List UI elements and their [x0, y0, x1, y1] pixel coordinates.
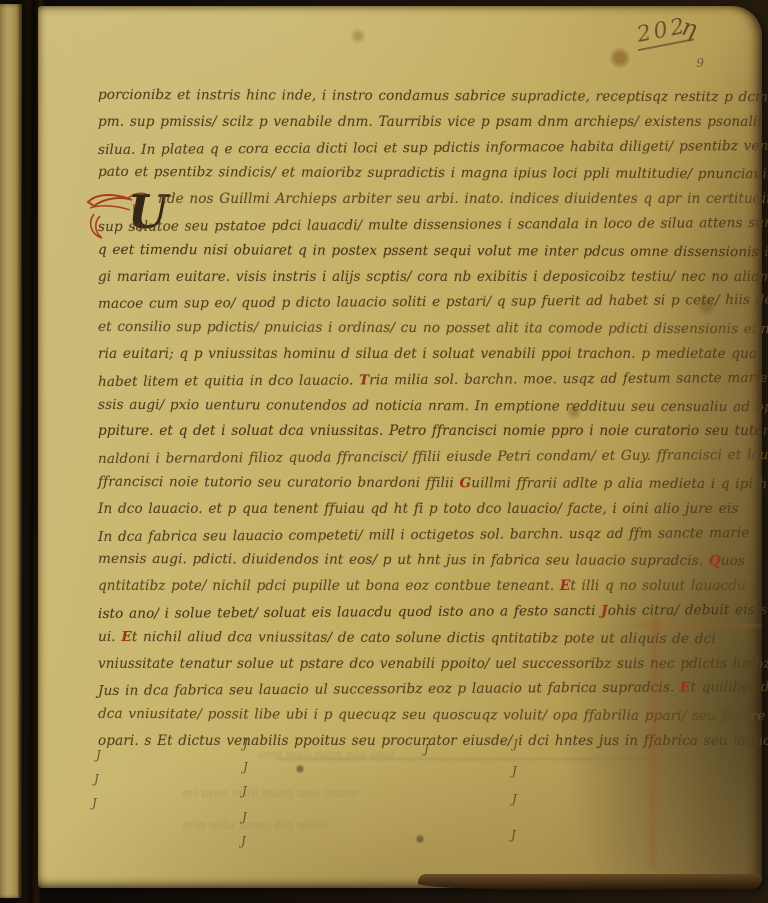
text-segment: ria euitari; q p vniussitas hominu d sil… [98, 346, 757, 362]
text-segment: habet litem et quitia in dco lauacio. [98, 372, 359, 390]
pen-tick-mark: J [512, 792, 517, 806]
folio-small-digit: 9 [696, 56, 704, 70]
text-segment: uillmi ffrarii adlte p alia medieta i q … [471, 475, 768, 492]
bleed-through-ghost-text: inum nin imnu ulim nim [182, 818, 328, 832]
text-line: mensis augi. pdicti. diuidendos int eos/… [98, 547, 753, 575]
parchment-page: η 202 9 U porcionibz et instris hinc ind… [38, 6, 762, 888]
text-line: q eet timendu nisi obuiaret q in postex … [98, 238, 753, 266]
pen-tick-mark: J [511, 828, 516, 842]
text-segment: t nichil aliud dca vniussitas/ de cato s… [132, 629, 716, 647]
text-line: porcionibz et instris hinc inde, i instr… [98, 83, 753, 111]
text-segment: ria milia sol. barchn. moe. usqz ad fest… [369, 370, 768, 389]
text-line: ffrancisci noie tutorio seu curatorio bn… [98, 470, 753, 498]
text-line: gi mariam euitare. visis instris i alijs… [98, 265, 753, 291]
text-segment: In dco lauacio. et p qua tenent ffuiau q… [98, 501, 738, 517]
text-line: et consilio sup pdictis/ pnuicias i ordi… [98, 315, 753, 343]
text-segment: dca vniusitate/ possit libe ubi i p quec… [98, 706, 766, 724]
rubricated-letter: E [680, 680, 691, 696]
rubricated-letter: T [359, 372, 369, 388]
text-line: silua. In platea q e cora eccia dicti lo… [98, 134, 753, 164]
text-segment: pato et psentibz sindicis/ et maioribz s… [98, 164, 768, 183]
text-line: pato et psentibz sindicis/ et maioribz s… [98, 160, 753, 188]
pen-tick-mark: J [96, 748, 101, 762]
pen-tick-mark: J [243, 760, 248, 774]
text-line: ria euitari; q p vniussitas hominu d sil… [98, 342, 753, 368]
text-segment: porcionibz et instris hinc inde, i instr… [98, 87, 768, 106]
text-segment: In dca fabrica seu lauacio competeti/ mi… [98, 525, 750, 545]
text-segment: ohis citra/ debuit eis sol [608, 602, 768, 619]
text-segment: ffrancisci noie tutorio seu curatorio bn… [98, 474, 460, 491]
text-line: In dco lauacio. et p qua tenent ffuiau q… [98, 497, 753, 523]
text-line: naldoni i bernardoni filioz quoda ffranc… [98, 443, 753, 473]
folio-number: 202 [633, 13, 694, 51]
text-segment: ui. [98, 629, 121, 645]
rubricated-letter: Q [709, 553, 721, 569]
rubricated-letter: G [459, 475, 471, 491]
pen-tick-mark: J [92, 796, 97, 810]
text-line: sup solutoe seu pstatoe pdci lauacdi/ mu… [98, 211, 753, 241]
text-segment: naldoni i bernardoni filioz quoda ffranc… [98, 447, 768, 467]
text-segment: sup solutoe seu pstatoe pdci lauacdi/ mu… [98, 214, 768, 235]
text-segment: qntitatibz pote/ nichil pdci pupille ut … [98, 578, 560, 594]
text-segment: ppiture. et q det i soluat dca vniussita… [98, 423, 768, 439]
text-line: habet litem et quitia in dco lauacio. Tr… [98, 366, 753, 396]
rubricated-letter: E [121, 629, 132, 645]
bottom-torn-edge [418, 874, 762, 890]
text-line: nde nos Guillmi Archieps arbiter seu arb… [98, 187, 753, 213]
bleed-through-ghost-text: nnum imu nnim ilum mnu im [182, 786, 358, 800]
text-line: macoe cum sup eo/ quod p dicto lauacio s… [98, 288, 753, 318]
pen-tick-mark: J [513, 737, 518, 751]
text-segment: t quilibet de [690, 679, 768, 696]
rubricated-letter: E [560, 578, 570, 594]
text-segment: Jus in dca fabrica seu lauacio ul succes… [98, 680, 680, 700]
text-segment: mensis augi. pdicti. diuidendos int eos/… [98, 551, 709, 569]
text-line: ssis augi/ pxio uenturu conutendos ad no… [98, 392, 753, 420]
stain-vertical-crease [649, 614, 660, 868]
text-segment: nde nos Guillmi Archieps arbiter seu arb… [158, 191, 768, 207]
text-segment: t illi q no soluut lauacdu [570, 578, 746, 594]
text-segment: uos [721, 553, 745, 569]
manuscript-photo: η 202 9 U porcionibz et instris hinc ind… [0, 0, 768, 903]
folio-number-annotation: η 202 9 [635, 18, 692, 46]
crease-line [634, 624, 762, 627]
text-segment: silua. In platea q e cora eccia dicti lo… [98, 137, 768, 158]
pen-tick-mark: J [94, 772, 99, 786]
text-segment: vniussitate tenatur solue ut pstare dco … [98, 656, 768, 672]
pen-tick-mark: J [243, 737, 248, 751]
text-segment: gi mariam euitare. visis instris i alijs… [98, 269, 768, 285]
pen-tick-mark: J [424, 742, 429, 756]
pen-tick-mark: J [512, 764, 517, 778]
text-segment: pm. sup pmissis/ scilz p venabile dnm. T… [98, 114, 768, 130]
text-segment: et consilio sup pdictis/ pnuicias i ordi… [98, 319, 768, 337]
text-segment: macoe cum sup eo/ quod p dicto lauacio s… [98, 292, 768, 312]
text-line: In dca fabrica seu lauacio competeti/ mi… [98, 521, 753, 551]
text-segment: q eet timendu nisi obuiaret q in postex … [98, 242, 768, 260]
text-line: pm. sup pmissis/ scilz p venabile dnm. T… [98, 110, 753, 136]
text-line: qntitatibz pote/ nichil pdci pupille ut … [98, 574, 753, 600]
pen-tick-mark: J [241, 834, 246, 848]
text-segment: opari. s Et dictus venabilis ppoitus seu… [98, 733, 768, 749]
bleed-through-ghost-text: mnu uim nnim iluni mnu [258, 748, 395, 761]
text-segment: ssis augi/ pxio uenturu conutendos ad no… [98, 396, 768, 414]
text-line: ppiture. et q det i soluat dca vniussita… [98, 419, 753, 445]
text-segment: isto ano/ i solue tebet/ soluat eis laua… [98, 603, 601, 622]
